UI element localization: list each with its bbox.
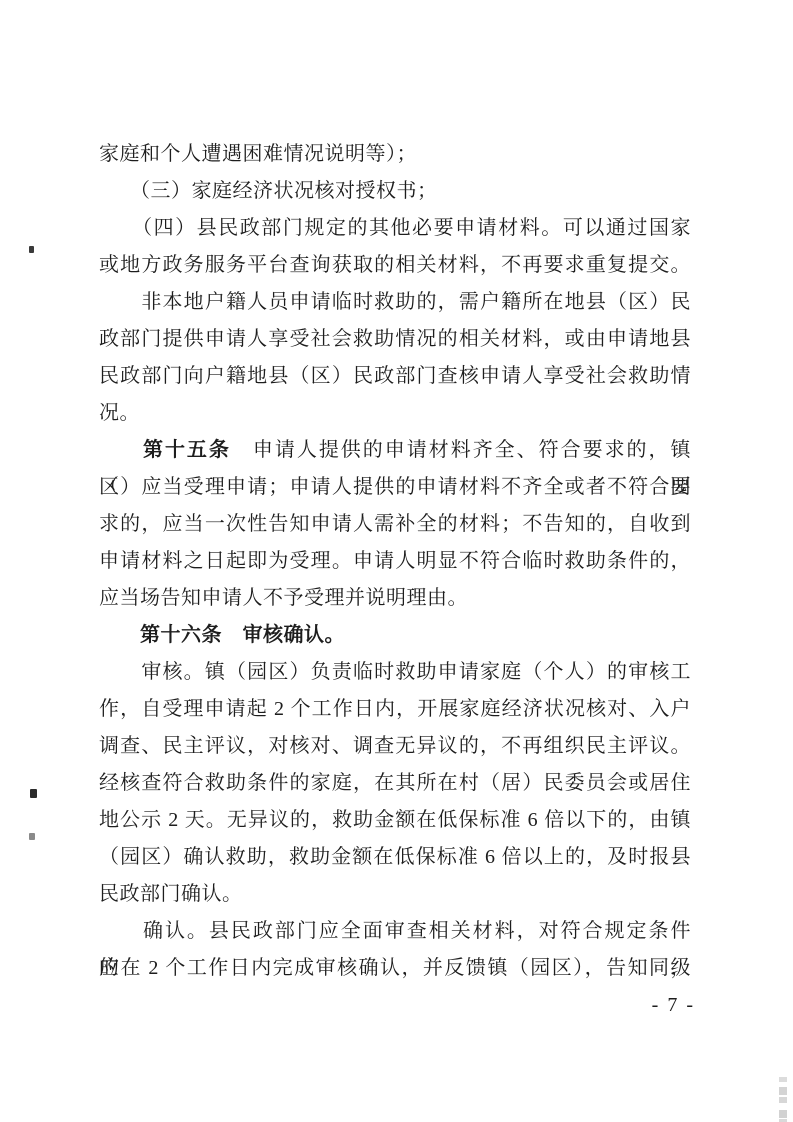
text-line: 家庭和个人遭遇困难情况说明等）； — [99, 136, 691, 173]
text-line: 求的，应当一次性告知申请人需补全的材料；不告知的，自收到 — [99, 506, 691, 543]
document-body: 家庭和个人遭遇困难情况说明等）； （三）家庭经济状况核对授权书； （四）县民政部… — [99, 136, 691, 987]
text-line: 第十六条 审核确认。 — [99, 617, 691, 654]
text-line: 或地方政务服务平台查询获取的相关材料，不再要求重复提交。 — [99, 247, 691, 284]
text-line: 确认。县民政部门应全面审查相关材料，对符合规定条件的， — [99, 913, 691, 950]
text-line: 民政部门确认。 — [99, 876, 691, 913]
text-line: 区）应当受理申请；申请人提供的申请材料不齐全或者不符合要 — [99, 469, 691, 506]
text-line: （四）县民政部门规定的其他必要申请材料。可以通过国家 — [99, 210, 691, 247]
page-number: - 7 - — [652, 990, 695, 1020]
paragraph: 审核。镇（园区）负责临时救助申请家庭（个人）的审核工作，自受理申请起 2 个工作… — [99, 654, 691, 913]
paragraph: 第十五条 申请人提供的申请材料齐全、符合要求的，镇（园区）应当受理申请；申请人提… — [99, 432, 691, 617]
paragraph: （三）家庭经济状况核对授权书； — [99, 173, 691, 210]
document-page: 家庭和个人遭遇困难情况说明等）； （三）家庭经济状况核对授权书； （四）县民政部… — [0, 0, 793, 1122]
text-line: 况。 — [99, 395, 691, 432]
scan-artifact-dash — [779, 1087, 787, 1095]
paragraph: 第十六条 审核确认。 — [99, 617, 691, 654]
text-line: 审核。镇（园区）负责临时救助申请家庭（个人）的审核工 — [99, 654, 691, 691]
text-line: 经核查符合救助条件的家庭，在其所在村（居）民委员会或居住 — [99, 765, 691, 802]
scan-speckle — [29, 833, 35, 840]
text-line: 应当场告知申请人不予受理并说明理由。 — [99, 580, 691, 617]
text-line: 作，自受理申请起 2 个工作日内，开展家庭经济状况核对、入户 — [99, 691, 691, 728]
text-line: 地公示 2 天。无异议的，救助金额在低保标准 6 倍以下的，由镇 — [99, 802, 691, 839]
paragraph: 家庭和个人遭遇困难情况说明等）； — [99, 136, 691, 173]
paragraph: （四）县民政部门规定的其他必要申请材料。可以通过国家或地方政务服务平台查询获取的… — [99, 210, 691, 284]
text-line: 申请材料之日起即为受理。申请人明显不符合临时救助条件的， — [99, 543, 691, 580]
text-line: 政部门提供申请人享受社会救助情况的相关材料，或由申请地县 — [99, 321, 691, 358]
text-line: 应在 2 个工作日内完成审核确认，并反馈镇（园区），告知同级 — [99, 950, 691, 987]
scan-artifact-dash — [779, 1097, 787, 1103]
scan-speckle — [29, 246, 34, 253]
paragraph: 非本地户籍人员申请临时救助的，需户籍所在地县（区）民政部门提供申请人享受社会救助… — [99, 284, 691, 432]
paragraph: 确认。县民政部门应全面审查相关材料，对符合规定条件的，应在 2 个工作日内完成审… — [99, 913, 691, 987]
text-line: （三）家庭经济状况核对授权书； — [99, 173, 691, 210]
scan-artifact-dash — [779, 1110, 787, 1118]
text-line: 第十五条 申请人提供的申请材料齐全、符合要求的，镇（园 — [99, 432, 691, 469]
text-line: 调查、民主评议，对核对、调查无异议的，不再组织民主评议。 — [99, 728, 691, 765]
text-line: 民政部门向户籍地县（区）民政部门查核申请人享受社会救助情 — [99, 358, 691, 395]
scan-artifact-dash — [779, 1077, 787, 1082]
scan-speckle — [30, 789, 37, 798]
text-line: 非本地户籍人员申请临时救助的，需户籍所在地县（区）民 — [99, 284, 691, 321]
text-line: （园区）确认救助，救助金额在低保标准 6 倍以上的，及时报县 — [99, 839, 691, 876]
